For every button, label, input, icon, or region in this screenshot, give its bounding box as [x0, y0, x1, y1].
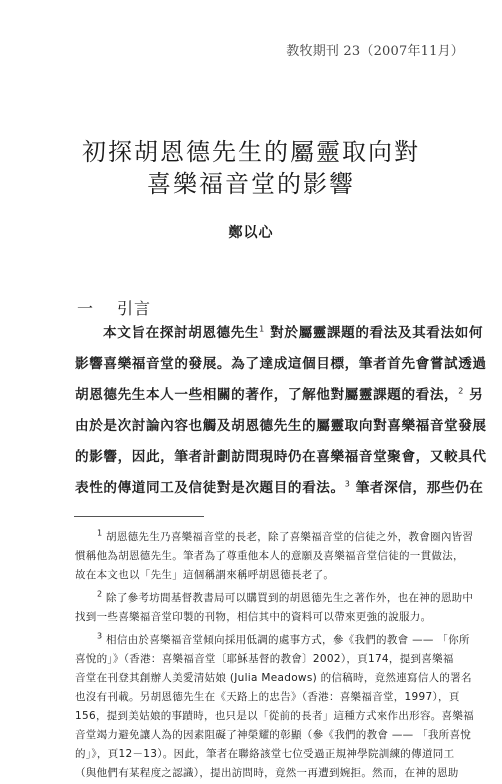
body-text: 表性的傳道同工及信徒對是次題目的看法。 — [75, 480, 345, 496]
body-line: 胡恩德先生本人一些相關的著作，了解他對屬靈課題的看法，2 另 — [75, 380, 485, 411]
footnote-text: 胡恩德先生乃喜樂福音堂的長老，除了喜樂福音堂的信徒之外，教會圈內皆習 — [106, 531, 473, 543]
body-paragraph: 本文旨在探討胡恩德先生1 對於屬靈課題的看法及其看法如何 影響喜樂福音堂的發展。… — [75, 318, 485, 504]
section-number: 一 — [77, 296, 117, 319]
footnote-line: 也沒有刊載。另胡恩德先生在《天路上的忠告》（香港：喜樂福音堂，1997），頁 — [75, 688, 485, 707]
footnote-number: 2 — [97, 590, 102, 599]
footnote-1: 1 胡恩德先生乃喜樂福音堂的長老，除了喜樂福音堂的信徒之外，教會圈內皆習 慣稱他… — [75, 528, 485, 585]
title-line-1: 初探胡恩德先生的屬靈取向對 — [0, 136, 502, 168]
footnote-number: 1 — [97, 529, 102, 538]
footnote-line: 故在本文也以「先生」這個稱謂來稱呼胡恩德長老了。 — [75, 566, 485, 585]
section-title: 引言 — [117, 299, 151, 318]
footnote-2: 2 除了參考坊間基督教書局可以購買到的胡恩德先生之著作外，也在神的恩助中 找到一… — [75, 589, 485, 627]
body-text: 本文旨在探討胡恩德先生 — [103, 325, 259, 341]
body-line: 影響喜樂福音堂的發展。為了達成這個目標，筆者首先會嘗試透過 — [75, 349, 485, 380]
footnote-line: 音堂竭力避免讓人為的因素阻礙了神榮耀的彰顯（參《我們的教會 —— 「我所喜悅 — [75, 726, 485, 745]
body-line: 本文旨在探討胡恩德先生1 對於屬靈課題的看法及其看法如何 — [75, 318, 485, 349]
footnote-line: 慣稱他為胡恩德先生。筆者為了尊重他本人的意願及喜樂福音堂信徒的一貫做法， — [75, 547, 485, 566]
footnote-line: 156，提到美姑娘的事蹟時，也只是以「從前的長者」這種方式來作出形容。喜樂福 — [75, 707, 485, 726]
footnotes: 1 胡恩德先生乃喜樂福音堂的長老，除了喜樂福音堂的信徒之外，教會圈內皆習 慣稱他… — [75, 528, 485, 784]
body-text: 另 — [464, 387, 484, 403]
footnote-line: 音堂在刊登其創辦人美愛清姑娘 (Julia Meadows) 的信稿時，竟然連寫… — [75, 669, 485, 688]
body-text: 胡恩德先生本人一些相關的著作，了解他對屬靈課題的看法， — [75, 387, 458, 403]
footnote-text: 除了參考坊間基督教書局可以購買到的胡恩德先生之著作外，也在神的恩助中 — [106, 592, 473, 604]
body-text: 對於屬靈課題的看法及其看法如何 — [265, 325, 483, 341]
footnote-line: 找到一些喜樂福音堂印製的刊物，相信其中的資料可以帶來更強的說服力。 — [75, 608, 485, 627]
footnote-separator — [74, 516, 204, 517]
footnote-text: 相信由於喜樂福音堂傾向採用低調的處事方式，參《我們的教會 —— 「你所 — [106, 634, 470, 646]
footnote-line: 2 除了參考坊間基督教書局可以購買到的胡恩德先生之著作外，也在神的恩助中 — [75, 589, 485, 608]
footnote-line: 的」》，頁12－13）。因此，筆者在聯絡該堂七位受過正規神學院訓練的傳道同工 — [75, 745, 485, 764]
article-title: 初探胡恩德先生的屬靈取向對 喜樂福音堂的影響 — [0, 136, 502, 200]
title-line-2: 喜樂福音堂的影響 — [0, 168, 502, 200]
author-name: 鄭以心 — [0, 222, 502, 242]
footnote-line: 1 胡恩德先生乃喜樂福音堂的長老，除了喜樂福音堂的信徒之外，教會圈內皆習 — [75, 528, 485, 547]
footnote-3: 3 相信由於喜樂福音堂傾向採用低調的處事方式，參《我們的教會 —— 「你所 喜悅… — [75, 631, 485, 783]
body-line: 由於是次討論內容也觸及胡恩德先生的屬靈取向對喜樂福音堂發展 — [75, 411, 485, 442]
footnote-line: 喜悅的」》（香港：喜樂福音堂〔耶穌基督的教會〕2002），頁174，提到喜樂福 — [75, 650, 485, 669]
footnote-number: 3 — [97, 632, 102, 641]
body-line: 的影響，因此，筆者計劃訪問現時仍在喜樂福音堂聚會，又較具代 — [75, 442, 485, 473]
footnote-line: 3 相信由於喜樂福音堂傾向採用低調的處事方式，參《我們的教會 —— 「你所 — [75, 631, 485, 650]
body-text: 筆者深信，那些仍在 — [350, 480, 483, 496]
footnote-line: （與他們有某程度之認識），提出訪問時，竟然一再遭到婉拒。然而，在神的恩助 — [75, 764, 485, 783]
running-header: 教牧期刊 23（2007年11月） — [286, 40, 464, 59]
body-line: 表性的傳道同工及信徒對是次題目的看法。3 筆者深信，那些仍在 — [75, 473, 485, 504]
section-heading: 一引言 — [77, 296, 151, 319]
